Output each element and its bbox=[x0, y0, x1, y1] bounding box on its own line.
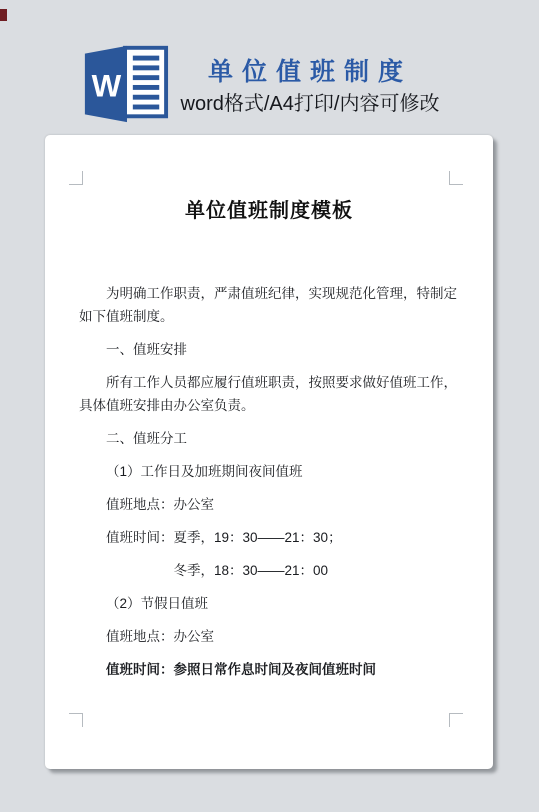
header-text: 单位值班制度 word格式/A4打印/内容可修改 bbox=[177, 56, 443, 117]
document-subheading: （2）节假日值班 bbox=[79, 592, 459, 615]
page-margin-mark-bottom-left bbox=[69, 713, 83, 727]
header-subtitle: word格式/A4打印/内容可修改 bbox=[177, 91, 443, 117]
document-heading-1: 一、值班安排 bbox=[79, 338, 459, 361]
document-page: 单位值班制度模板 为明确工作职责，严肃值班纪律，实现规范化管理，特制定如下值班制… bbox=[45, 135, 493, 769]
document-title: 单位值班制度模板 bbox=[79, 197, 459, 225]
page-margin-mark-bottom-right bbox=[449, 713, 463, 727]
word-icon-letter: W bbox=[92, 69, 122, 104]
red-corner-mark bbox=[0, 9, 7, 21]
template-preview-screen: W 单位值班制度 word格式/A4打印/内容可修改 单位值班制度模板 为明确工… bbox=[0, 0, 539, 812]
document-paragraph: 冬季，18：30——21：00 bbox=[79, 559, 459, 582]
document-paragraph: 值班地点：办公室 bbox=[79, 493, 459, 516]
document-subheading: （1）工作日及加班期间夜间值班 bbox=[79, 460, 459, 483]
document-heading-2: 二、值班分工 bbox=[79, 427, 459, 450]
document-paragraph: 值班地点：办公室 bbox=[79, 625, 459, 648]
document-paragraph: 值班时间：参照日常作息时间及夜间值班时间 bbox=[79, 658, 459, 681]
document-paragraph: 所有工作人员都应履行值班职责，按照要求做好值班工作，具体值班安排由办公室负责。 bbox=[79, 371, 459, 417]
word-icon: W bbox=[80, 42, 170, 131]
header-title: 单位值班制度 bbox=[177, 56, 443, 88]
document-content: 单位值班制度模板 为明确工作职责，严肃值班纪律，实现规范化管理，特制定如下值班制… bbox=[45, 135, 493, 691]
document-paragraph: 为明确工作职责，严肃值班纪律，实现规范化管理，特制定如下值班制度。 bbox=[79, 282, 459, 328]
document-paragraph: 值班时间：夏季，19：30——21：30； bbox=[79, 526, 459, 549]
